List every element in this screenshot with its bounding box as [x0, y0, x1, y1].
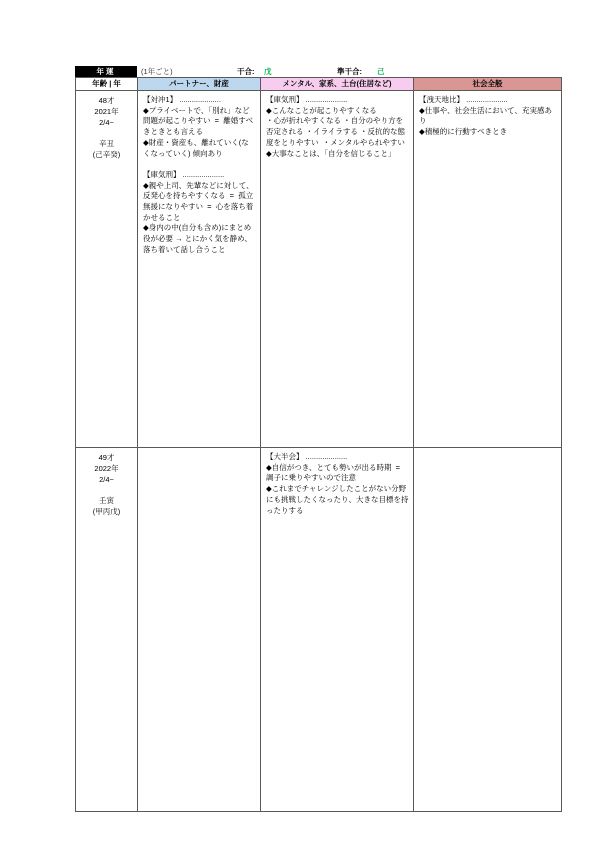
- annual-fortune-table: 年齢 | 年 パートナー、財産 メンタル、家系、土台(住居など) 社会全般 48…: [75, 77, 562, 812]
- kango-label: 干合:: [237, 66, 255, 77]
- kango-value: 戊: [264, 66, 272, 77]
- column-header-social: 社会全般: [414, 78, 562, 91]
- year-row-2022: 49才 2022年 2/4~ 壬寅 (甲丙戊) 【大半会】 ..........…: [76, 448, 562, 812]
- age-year-cell-2021: 48才 2021年 2/4~ 辛丑 (己辛癸): [76, 91, 138, 448]
- table-title-bar: 年運 (1年ごと) 干合: 戊 準干合: 己: [75, 66, 562, 77]
- column-header-row: 年齢 | 年 パートナー、財産 メンタル、家系、土台(住居など) 社会全般: [76, 78, 562, 91]
- jun-kango-label: 準干合:: [337, 66, 362, 77]
- age-year-cell-2022: 49才 2022年 2/4~ 壬寅 (甲丙戊): [76, 448, 138, 812]
- document-page: 年運 (1年ごと) 干合: 戊 準干合: 己 年齢 | 年 パートナー、財産 メ…: [0, 0, 600, 849]
- year-row-2021: 48才 2021年 2/4~ 辛丑 (己辛癸) 【対冲1】 ..........…: [76, 91, 562, 448]
- partner-fortune-cell-2022: [138, 448, 261, 812]
- column-header-mental: メンタル、家系、土台(住居など): [261, 78, 414, 91]
- social-fortune-cell-2021: 【洩天地比】 .................... ◆仕事や、社会生活におい…: [414, 91, 562, 448]
- fortune-table-area: 年運 (1年ごと) 干合: 戊 準干合: 己 年齢 | 年 パートナー、財産 メ…: [75, 66, 562, 812]
- partner-fortune-cell-2021: 【対冲1】 .................... ◆プライベートで、「別れ」…: [138, 91, 261, 448]
- mental-fortune-cell-2022: 【大半会】 .................... ◆自信がつき、とても勢いが…: [261, 448, 414, 812]
- jun-kango-value: 己: [377, 66, 385, 77]
- column-header-age: 年齢 | 年: [76, 78, 138, 91]
- annual-fortune-subtitle: (1年ごと): [141, 66, 173, 77]
- mental-fortune-cell-2021: 【庫気刑】 .................... ◆こんなことが起こりやすく…: [261, 91, 414, 448]
- social-fortune-cell-2022: [414, 448, 562, 812]
- annual-fortune-title: 年運: [75, 66, 137, 77]
- column-header-partner: パートナー、財産: [138, 78, 261, 91]
